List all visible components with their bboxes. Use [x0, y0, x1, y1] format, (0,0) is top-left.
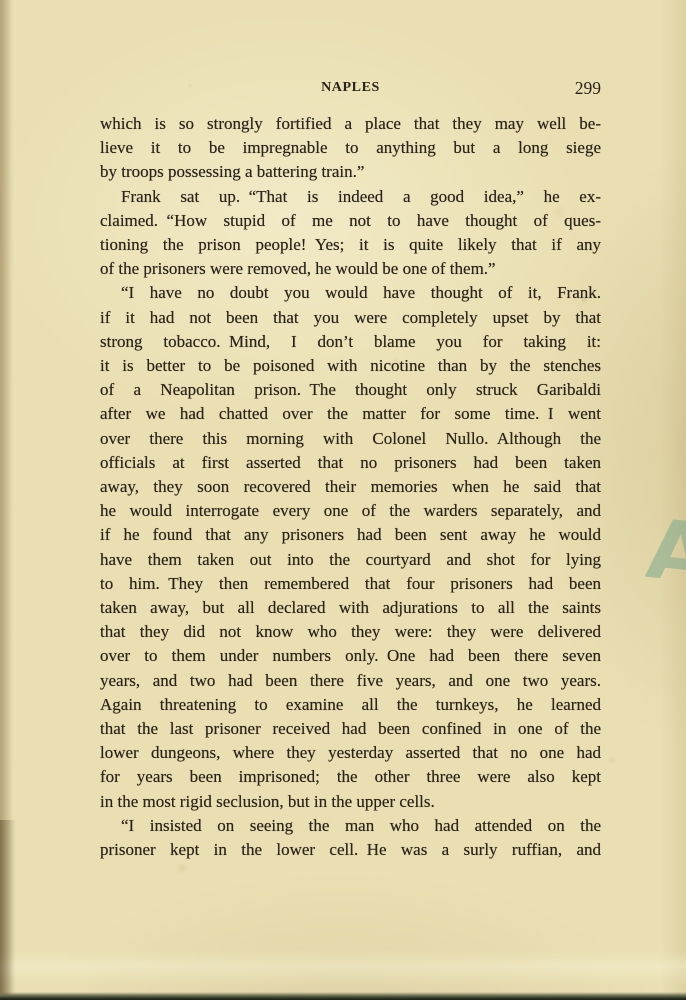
page-bottom-edge [0, 992, 686, 1000]
text-line: that the last prisoner received had been… [100, 717, 601, 741]
text-line: by troops possessing a battering train.” [100, 160, 601, 184]
text-line: lieve it to be impregnable to anything b… [100, 136, 601, 160]
text-line: years, and two had been there five years… [100, 669, 601, 693]
text-line: claimed. “How stupid of me not to have t… [100, 209, 601, 233]
text-line: officials at first asserted that no pris… [100, 451, 601, 475]
text-line: to him. They then remembered that four p… [100, 572, 601, 596]
text-line: that they did not know who they were: th… [100, 620, 601, 644]
text-line: have them taken out into the courtyard a… [100, 548, 601, 572]
text-line: tioning the prison people! Yes; it is qu… [100, 233, 601, 257]
page-content: NAPLES 299 which is so strongly fortifie… [100, 0, 601, 862]
watermark-letter-a: A [642, 509, 686, 597]
body-text: which is so strongly fortified a place t… [100, 112, 601, 862]
text-line: prisoner kept in the lower cell. He was … [100, 838, 601, 862]
text-line: of a Neapolitan prison. The thought only… [100, 378, 601, 402]
text-line: it is better to be poisoned with nicotin… [100, 354, 601, 378]
page-header: NAPLES 299 [100, 80, 601, 98]
text-line: over there this morning with Colonel Nul… [100, 427, 601, 451]
text-line: Again threatening to examine all the tur… [100, 693, 601, 717]
running-title: NAPLES [100, 80, 601, 96]
book-page-scan: A NAPLES 299 which is so strongly fortif… [0, 0, 686, 1000]
text-line: for years been imprisoned; the other thr… [100, 765, 601, 789]
text-line: strong tobacco. Mind, I don’t blame you … [100, 330, 601, 354]
text-line: taken away, but all declared with adjura… [100, 596, 601, 620]
text-line: after we had chatted over the matter for… [100, 402, 601, 426]
page-number: 299 [575, 78, 601, 99]
text-line: “I have no doubt you would have thought … [100, 281, 601, 305]
page-left-corner-shadow [0, 820, 16, 1000]
text-line: over to them under numbers only. One had… [100, 644, 601, 668]
scan-light-band [0, 950, 686, 986]
text-line: in the most rigid seclusion, but in the … [100, 790, 601, 814]
text-line: he would interrogate every one of the wa… [100, 499, 601, 523]
text-line: if it had not been that you were complet… [100, 306, 601, 330]
text-line: “I insisted on seeing the man who had at… [100, 814, 601, 838]
text-line: lower dungeons, where they yesterday ass… [100, 741, 601, 765]
page-left-edge-shadow [0, 0, 12, 1000]
text-line: Frank sat up. “That is indeed a good ide… [100, 185, 601, 209]
text-line: away, they soon recovered their memories… [100, 475, 601, 499]
text-line: which is so strongly fortified a place t… [100, 112, 601, 136]
text-line: of the prisoners were removed, he would … [100, 257, 601, 281]
text-line: if he found that any prisoners had been … [100, 523, 601, 547]
